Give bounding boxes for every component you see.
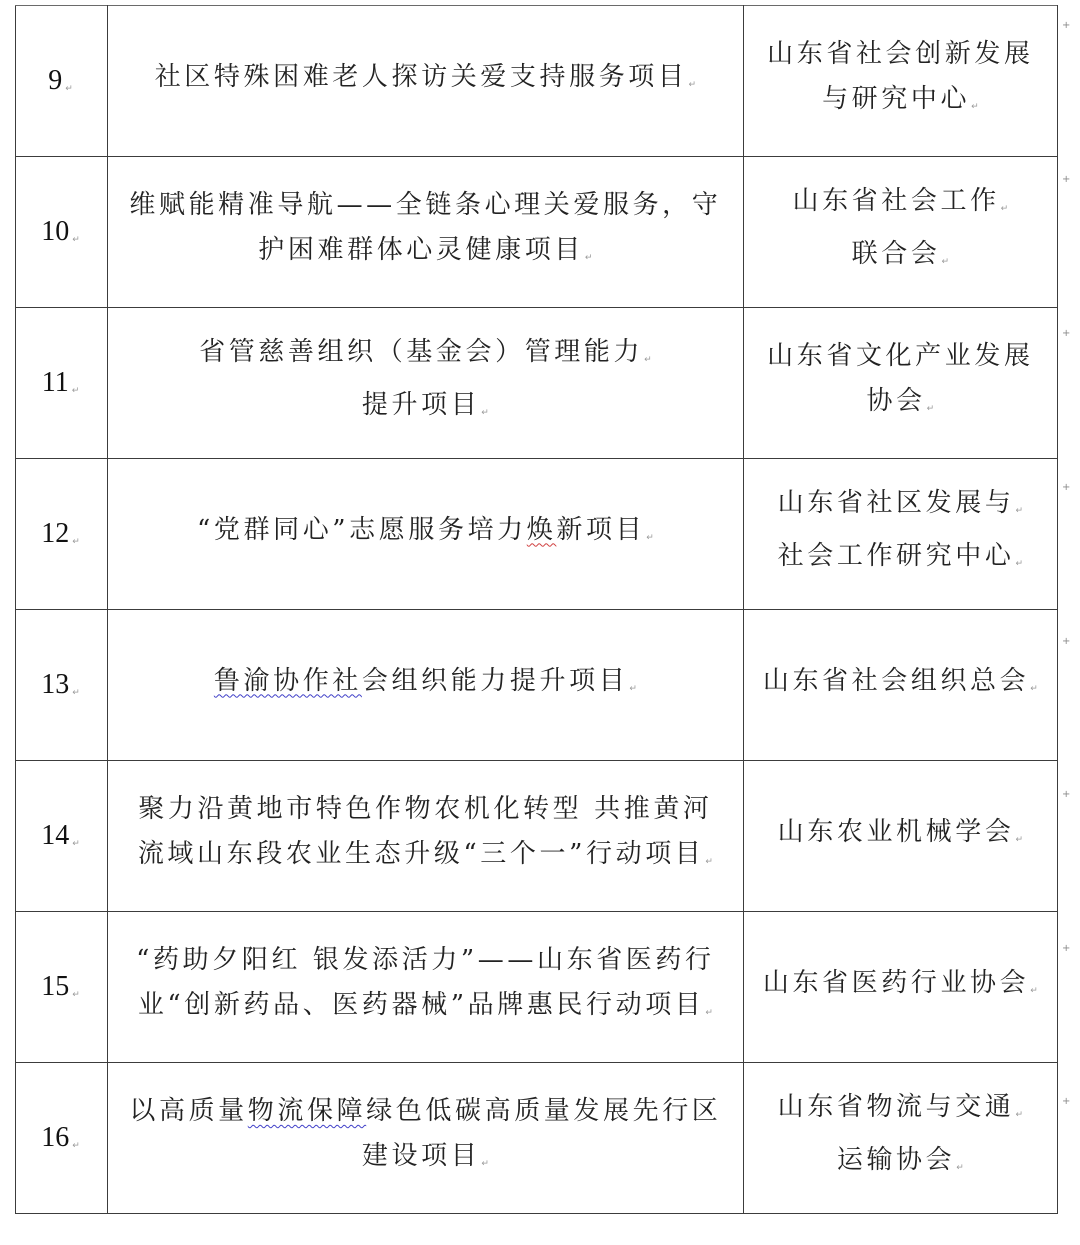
project-name: 以高质量物流保障绿色低碳高质量发展先行区 建设项目↵ xyxy=(123,1089,727,1187)
organization-name: 山东省社会工作↵ 联合会↵ xyxy=(786,179,1014,285)
paragraph-mark-icon: ↵ xyxy=(941,257,949,267)
project-name-cell: “药助夕阳红 银发添活力”——山东省医药行 业“创新药品、医药器械”品牌惠民行动… xyxy=(108,912,744,1063)
project-name: 维赋能精准导航——全链条心理关爱服务，守 护困难群体心灵健康项目↵ xyxy=(123,183,727,281)
row-number: 10 xyxy=(41,216,69,247)
table-row: 15↵ “药助夕阳红 银发添活力”——山东省医药行 业“创新药品、医药器械”品牌… xyxy=(16,912,1058,1063)
organization-cell: 山东省社会创新发展 与研究中心↵ xyxy=(743,6,1057,157)
table-row: 12↵ “党群同心”志愿服务培力焕新项目↵ 山东省社区发展与↵ 社会工作研究中心… xyxy=(16,459,1058,610)
organization-cell: 山东省物流与交通↵ 运输协会↵ xyxy=(743,1063,1057,1214)
organization-name: 山东省文化产业发展 协会↵ xyxy=(761,334,1039,432)
spelling-underline[interactable]: 焕 xyxy=(527,515,557,545)
table-row: 11↵ 省管慈善组织（基金会）管理能力↵ 提升项目↵ 山东省文化产业发展 协会↵ xyxy=(16,308,1058,459)
paragraph-mark-icon: ↵ xyxy=(689,80,697,90)
paragraph-mark-icon: ↵ xyxy=(705,1008,713,1018)
row-number: 11 xyxy=(42,367,69,398)
paragraph-mark-icon: ↵ xyxy=(1001,204,1009,214)
table-row: 13↵ 鲁渝协作社会组织能力提升项目↵ 山东省社会组织总会↵ xyxy=(16,610,1058,761)
organization-cell: 山东农业机械学会↵ xyxy=(743,761,1057,912)
row-number-cell: 13↵ xyxy=(16,610,108,761)
project-name: 省管慈善组织（基金会）管理能力↵ 提升项目↵ xyxy=(193,330,658,436)
project-name-cell: “党群同心”志愿服务培力焕新项目↵ xyxy=(108,459,744,610)
paragraph-mark-icon: ↵ xyxy=(629,684,637,694)
table-row: 10↵ 维赋能精准导航——全链条心理关爱服务，守 护困难群体心灵健康项目↵ 山东… xyxy=(16,157,1058,308)
organization-name: 山东省医药行业协会↵ xyxy=(757,961,1044,1014)
row-number-cell: 14↵ xyxy=(16,761,108,912)
row-number: 12 xyxy=(41,518,69,549)
project-name: “药助夕阳红 银发添活力”——山东省医药行 业“创新药品、医药器械”品牌惠民行动… xyxy=(130,938,720,1036)
table-row: 14↵ 聚力沿黄地市特色作物农机化转型 共推黄河 流域山东段农业生态升级“三个一… xyxy=(16,761,1058,912)
paragraph-mark-icon: ↵ xyxy=(65,84,73,94)
organization-cell: 山东省社会组织总会↵ xyxy=(743,610,1057,761)
row-end-marker-icon: + xyxy=(1062,1096,1070,1107)
paragraph-mark-icon: ↵ xyxy=(585,253,593,263)
paragraph-mark-icon: ↵ xyxy=(1030,684,1038,694)
organization-cell: 山东省医药行业协会↵ xyxy=(743,912,1057,1063)
paragraph-mark-icon: ↵ xyxy=(1015,1110,1023,1120)
organization-name: 山东省社会创新发展 与研究中心↵ xyxy=(761,32,1039,130)
paragraph-mark-icon: ↵ xyxy=(1015,559,1023,569)
paragraph-mark-icon: ↵ xyxy=(644,355,652,365)
row-number-cell: 16↵ xyxy=(16,1063,108,1214)
paragraph-mark-icon: ↵ xyxy=(481,408,489,418)
organization-cell: 山东省社会工作↵ 联合会↵ xyxy=(743,157,1057,308)
row-end-marker-icon: + xyxy=(1062,20,1070,31)
paragraph-mark-icon: ↵ xyxy=(72,990,80,1000)
paragraph-mark-icon: ↵ xyxy=(705,857,713,867)
project-name-cell: 社区特殊困难老人探访关爱支持服务项目↵ xyxy=(108,6,744,157)
row-end-marker-icon: + xyxy=(1062,636,1070,647)
row-end-marker-icon: + xyxy=(1062,789,1070,800)
project-name: “党群同心”志愿服务培力焕新项目↵ xyxy=(191,508,660,561)
paragraph-mark-icon: ↵ xyxy=(72,386,80,396)
project-name-cell: 聚力沿黄地市特色作物农机化转型 共推黄河 流域山东段农业生态升级“三个一”行动项… xyxy=(108,761,744,912)
project-name-cell: 以高质量物流保障绿色低碳高质量发展先行区 建设项目↵ xyxy=(108,1063,744,1214)
paragraph-mark-icon: ↵ xyxy=(72,537,80,547)
paragraph-mark-icon: ↵ xyxy=(72,1141,80,1151)
row-number-cell: 11↵ xyxy=(16,308,108,459)
paragraph-mark-icon: ↵ xyxy=(72,688,80,698)
row-number: 14 xyxy=(41,820,69,851)
project-name: 社区特殊困难老人探访关爱支持服务项目↵ xyxy=(149,55,702,108)
row-number: 13 xyxy=(41,669,69,700)
row-end-marker-icon: + xyxy=(1062,174,1070,185)
paragraph-mark-icon: ↵ xyxy=(481,1159,489,1169)
table-row: 16↵ 以高质量物流保障绿色低碳高质量发展先行区 建设项目↵ 山东省物流与交通↵… xyxy=(16,1063,1058,1214)
organization-cell: 山东省文化产业发展 协会↵ xyxy=(743,308,1057,459)
organization-name: 山东农业机械学会↵ xyxy=(772,810,1029,863)
paragraph-mark-icon: ↵ xyxy=(72,235,80,245)
row-number-cell: 15↵ xyxy=(16,912,108,1063)
project-name-cell: 省管慈善组织（基金会）管理能力↵ 提升项目↵ xyxy=(108,308,744,459)
project-name-cell: 鲁渝协作社会组织能力提升项目↵ xyxy=(108,610,744,761)
row-number-cell: 9↵ xyxy=(16,6,108,157)
paragraph-mark-icon: ↵ xyxy=(956,1163,964,1173)
row-number-cell: 10↵ xyxy=(16,157,108,308)
project-name: 聚力沿黄地市特色作物农机化转型 共推黄河 流域山东段农业生态升级“三个一”行动项… xyxy=(132,787,719,885)
grammar-underline[interactable]: 鲁渝协作社 xyxy=(214,666,362,696)
row-end-marker-icon: + xyxy=(1062,943,1070,954)
paragraph-mark-icon: ↵ xyxy=(971,102,979,112)
row-end-marker-icon: + xyxy=(1062,482,1070,493)
paragraph-mark-icon: ↵ xyxy=(646,533,654,543)
row-number-cell: 12↵ xyxy=(16,459,108,610)
row-number: 15 xyxy=(41,971,69,1002)
paragraph-mark-icon: ↵ xyxy=(1030,986,1038,996)
row-number: 16 xyxy=(41,1122,69,1153)
organization-name: 山东省社区发展与↵ 社会工作研究中心↵ xyxy=(772,481,1029,587)
paragraph-mark-icon: ↵ xyxy=(1015,506,1023,516)
paragraph-mark-icon: ↵ xyxy=(927,404,935,414)
project-table: 9↵ 社区特殊困难老人探访关爱支持服务项目↵ 山东省社会创新发展 与研究中心↵ … xyxy=(15,5,1058,1214)
grammar-underline[interactable]: 物流保障 xyxy=(248,1096,366,1126)
paragraph-mark-icon: ↵ xyxy=(72,839,80,849)
organization-name: 山东省社会组织总会↵ xyxy=(757,659,1044,712)
project-name: 鲁渝协作社会组织能力提升项目↵ xyxy=(208,659,643,712)
table-row: 9↵ 社区特殊困难老人探访关爱支持服务项目↵ 山东省社会创新发展 与研究中心↵ xyxy=(16,6,1058,157)
organization-name: 山东省物流与交通↵ 运输协会↵ xyxy=(772,1085,1029,1191)
organization-cell: 山东省社区发展与↵ 社会工作研究中心↵ xyxy=(743,459,1057,610)
row-end-marker-icon: + xyxy=(1062,328,1070,339)
row-number: 9 xyxy=(48,65,62,96)
project-name-cell: 维赋能精准导航——全链条心理关爱服务，守 护困难群体心灵健康项目↵ xyxy=(108,157,744,308)
paragraph-mark-icon: ↵ xyxy=(1015,835,1023,845)
